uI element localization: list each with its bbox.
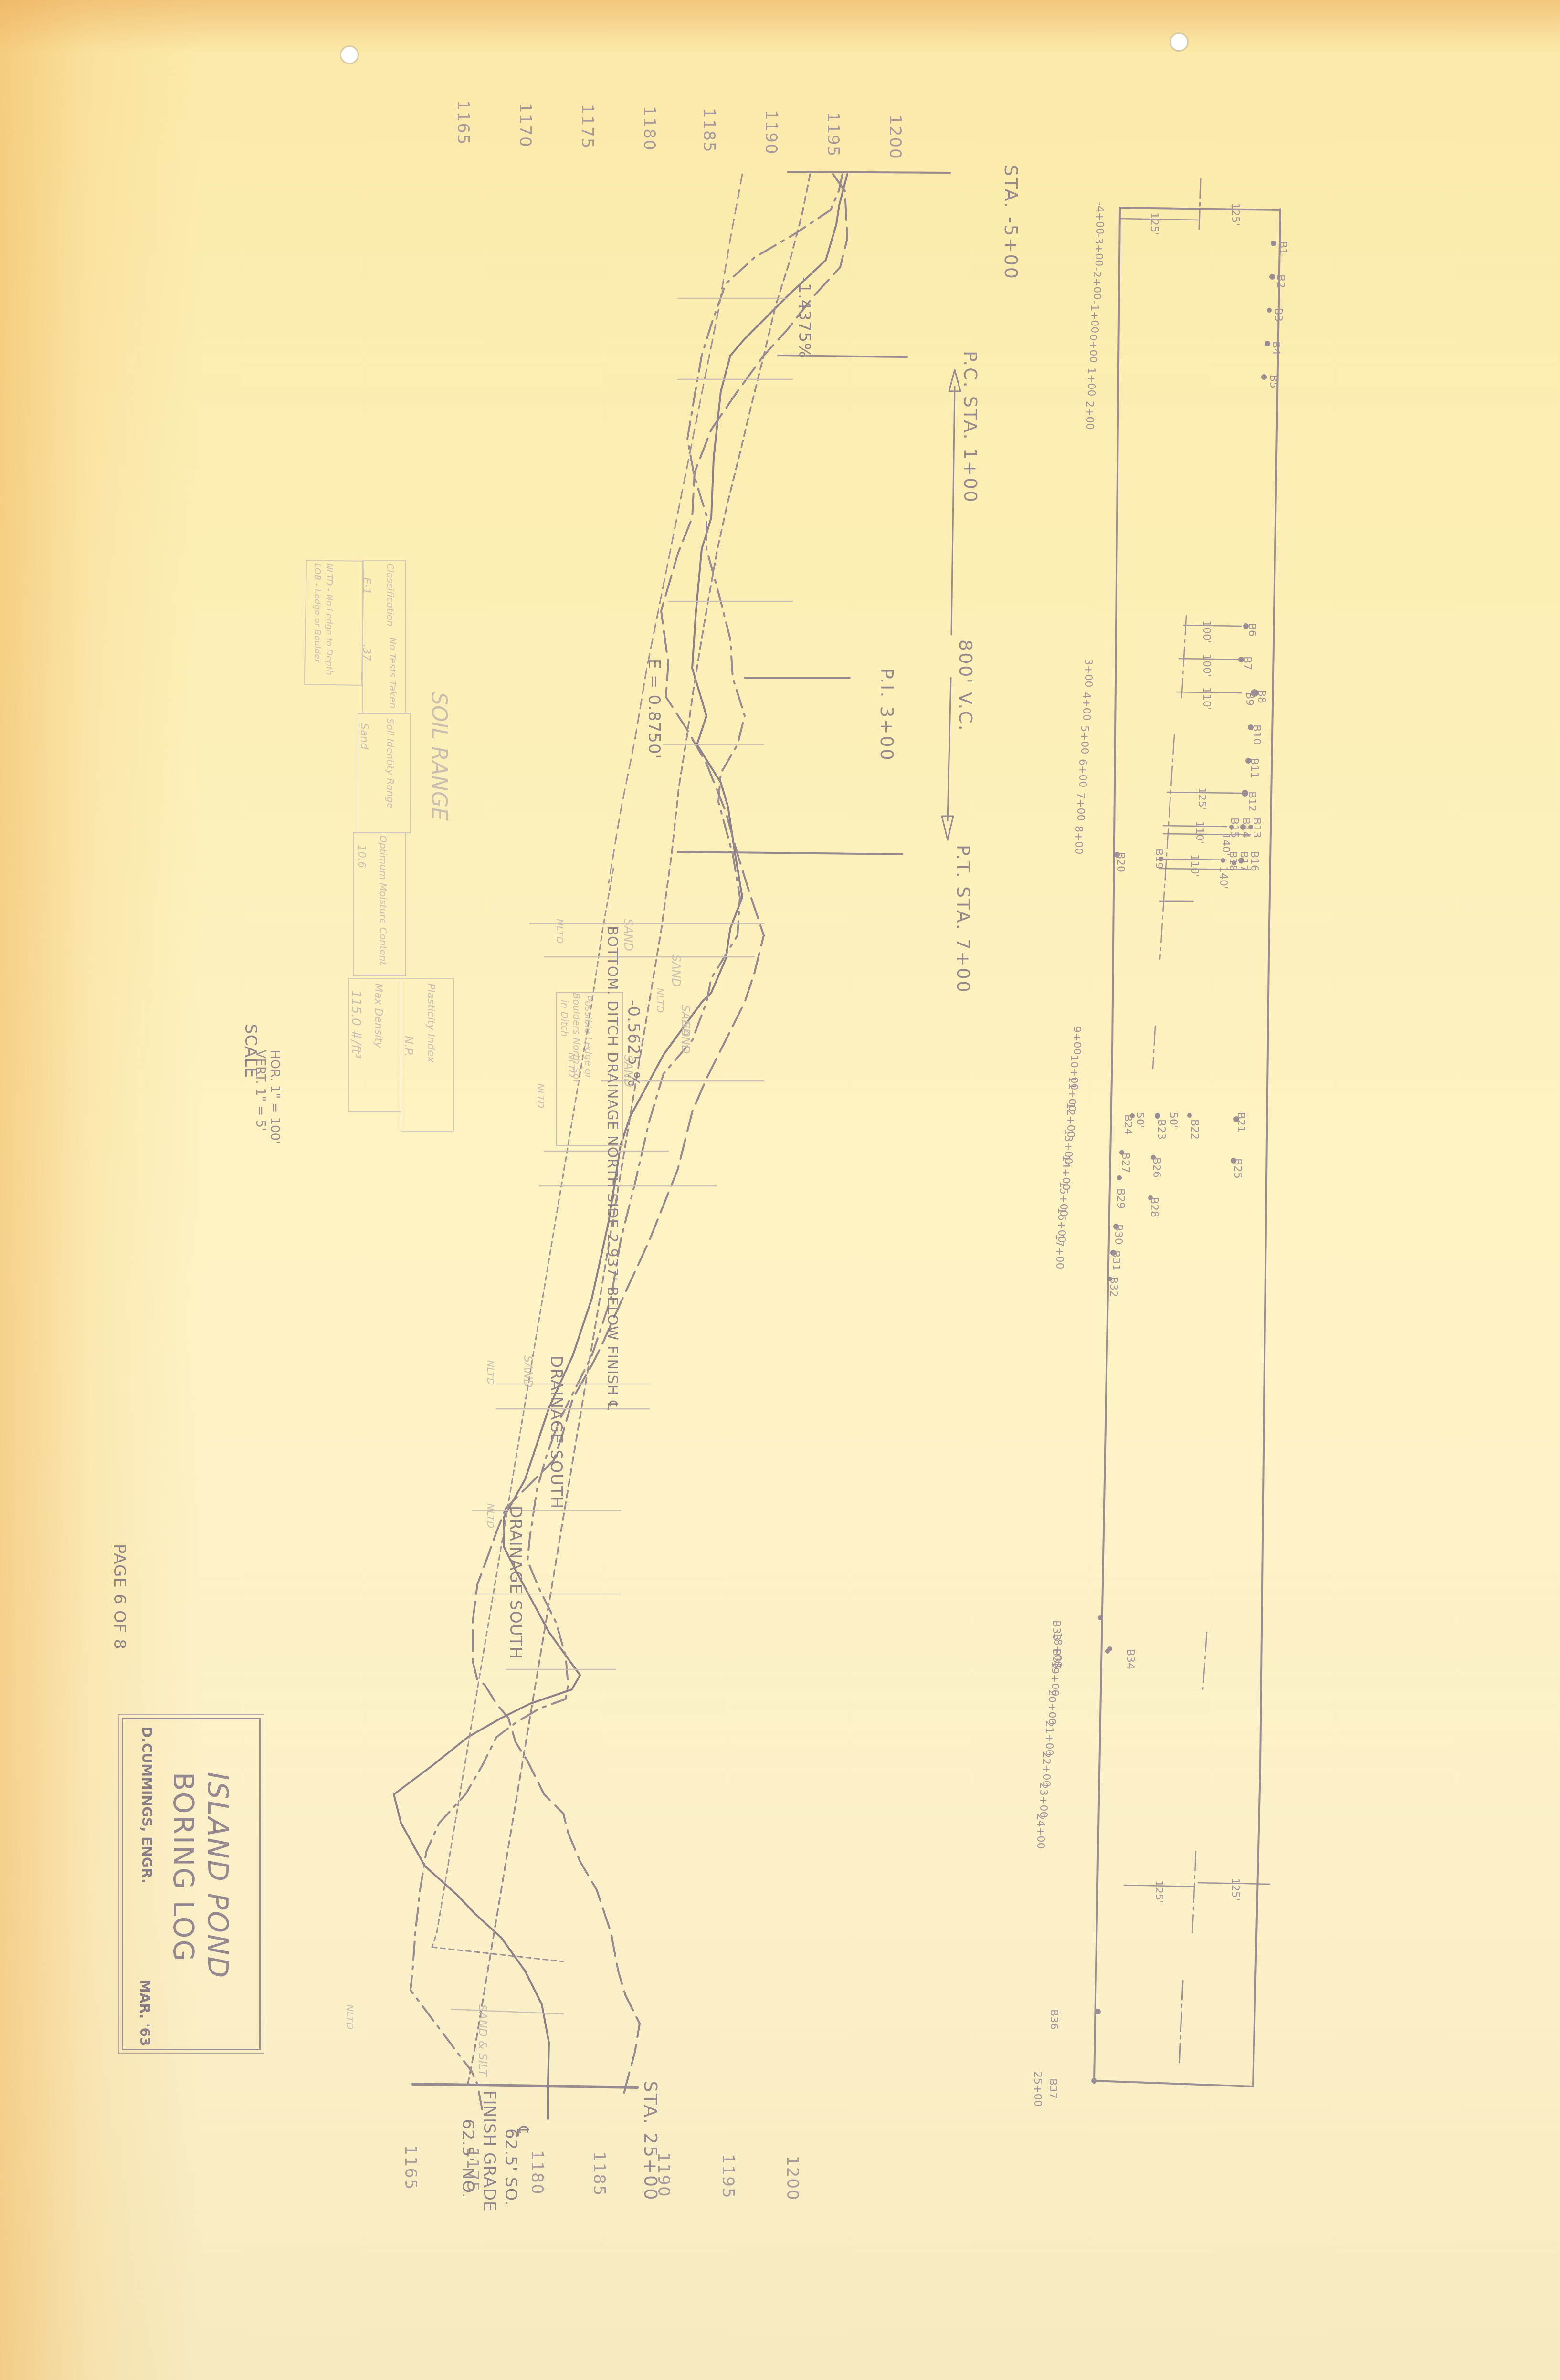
offset-dim: 50'	[1134, 1112, 1146, 1128]
plan-station: 7+00	[1075, 792, 1086, 821]
ditch-note-label: BOTTOM. DITCH DRAINAGE NORTH SIDE 2.937'…	[604, 926, 621, 1410]
refusal-note: NLTD	[554, 919, 566, 944]
soil-note: SAND	[679, 1021, 692, 1054]
pt-station-label: P.T. STA. 7+00	[953, 845, 974, 994]
soil-col-header: No Tests Taken	[387, 637, 399, 709]
finish-grade-label: FINISH GRADE	[480, 2090, 499, 2212]
engineer-name: D.CUMMINGS, ENGR.	[139, 1727, 155, 1884]
elev-tick: 1195	[718, 2154, 738, 2199]
boring-label: B14	[1240, 818, 1252, 838]
refusal-note: NLTD	[485, 1360, 496, 1385]
boring-label: B31	[1110, 1250, 1122, 1271]
drawing-date: MAR. '63	[137, 1980, 153, 2046]
title-block: ISLAND POND BORING LOG D.CUMMINGS, ENGR.…	[122, 1718, 261, 2050]
ledge-note-line: Boulders North Sof	[571, 993, 582, 1082]
boring-label: B7	[1241, 656, 1253, 670]
plan-station: 2+00	[1084, 401, 1096, 430]
boring-label: B32	[1107, 1277, 1119, 1297]
elev-tick: 1200	[885, 115, 905, 160]
boring-label: B10	[1251, 724, 1263, 745]
ledge-note-line: in Ditch	[559, 1000, 570, 1037]
station-start-label: STA. -5+00	[1001, 165, 1022, 280]
plan-station: 5+00	[1078, 725, 1090, 754]
refusal-note: NLTD	[485, 1503, 496, 1528]
refusal-note: NLTD	[344, 2004, 356, 2029]
boring-label: B25	[1232, 1158, 1244, 1179]
ledge-note-line: Possible Ledge or	[583, 995, 594, 1079]
plan-station: 4+00	[1080, 692, 1092, 721]
plan-station: -2+00	[1091, 267, 1103, 300]
offset-dim: 110'	[1201, 687, 1212, 710]
station-end-label: STA. 25+00	[640, 2081, 661, 2201]
soil-col-header: Max Density	[372, 983, 384, 1048]
boring-label: B23	[1155, 1119, 1167, 1140]
drainage-south-label-1: DRAINAGE SOUTH	[547, 1355, 566, 1509]
plan-station: -4+00	[1094, 202, 1106, 234]
soil-footnote: LOB - Ledge or Boulder	[312, 563, 322, 663]
boring-label: B22	[1189, 1119, 1201, 1140]
boring-label: B24	[1122, 1114, 1134, 1135]
plan-station: 22+00	[1040, 1751, 1052, 1787]
plan-strip-south-line	[1253, 209, 1280, 2086]
soil-col-value: 115.0 #/ft³	[348, 990, 363, 1059]
boring-label: B30	[1112, 1224, 1124, 1245]
plan-station: 24+00	[1034, 1814, 1046, 1849]
soil-col-value: 10.6	[356, 845, 368, 868]
scale-horizontal: HOR. 1" = 100'	[267, 1050, 282, 1144]
north-offset-label: 62.5' NO.	[458, 2119, 477, 2198]
plan-station: 0+00	[1087, 334, 1099, 363]
soil-note: SAND	[622, 919, 635, 951]
elev-tick: 1170	[516, 103, 535, 148]
plan-station: 1+00	[1085, 367, 1097, 396]
external-distance-label: E = 0.8750'	[644, 659, 664, 759]
offset-dim: 125'	[1196, 787, 1208, 810]
boring-label: B34	[1124, 1649, 1136, 1669]
drainage-south-label-2: DRAINAGE SOUTH	[506, 1506, 525, 1659]
boring-label: B35	[1050, 1649, 1062, 1669]
refusal-note: NLTD	[535, 1083, 547, 1108]
pt-sta-line	[678, 852, 902, 854]
pi-station-label: P.I. 3+00	[876, 668, 897, 762]
offset-dim: 125'	[1229, 1878, 1241, 1901]
plan-station: 3+00	[1082, 659, 1094, 687]
boring-label: B13	[1251, 818, 1263, 838]
elev-tick: 1195	[823, 112, 843, 157]
elev-tick: 1180	[527, 2150, 547, 2195]
offset-dim: 100'	[1201, 620, 1212, 643]
elev-tick: 1165	[453, 100, 473, 146]
soil-range-title: SOIL RANGE	[427, 692, 451, 821]
elev-tick: 1185	[590, 2151, 609, 2197]
south-offset-label: 62.5' SO.	[501, 2128, 520, 2206]
plan-station: 9+00	[1071, 1026, 1083, 1055]
boring-label: B3	[1272, 308, 1284, 322]
boring-label: B8	[1255, 690, 1267, 703]
boring-label: B11	[1248, 758, 1260, 778]
boring-label: B12	[1246, 791, 1258, 812]
soil-col-value: Sand	[358, 723, 370, 749]
boring-label: B2	[1275, 274, 1286, 288]
centerline-profile	[394, 174, 847, 2119]
grade-in-label: -1.4375%	[795, 277, 814, 359]
boring-label: B21	[1235, 1112, 1247, 1132]
soil-footnote: NLTD - No Ledge to Depth	[324, 563, 334, 675]
soil-note: SAND	[622, 1055, 635, 1087]
plan-station: 8+00	[1073, 826, 1085, 854]
elev-tick: 1175	[578, 104, 597, 149]
plan-station: 17+00	[1054, 1234, 1065, 1269]
elev-tick: 1190	[761, 110, 780, 155]
offset-dim: 125'	[1229, 203, 1241, 226]
boring-label: B16	[1248, 851, 1260, 871]
soil-note: SAND & SILT	[476, 2004, 489, 2076]
plan-station: -3+00	[1093, 234, 1105, 266]
soil-col-header: Plasticity Index	[425, 983, 437, 1063]
boring-label: B5	[1267, 375, 1279, 388]
boring-label: B4	[1270, 341, 1282, 355]
north-offset-profile	[473, 174, 847, 2100]
refusal-note: NLTD	[654, 988, 666, 1013]
page-number: PAGE 6 OF 8	[110, 1544, 129, 1650]
offset-dim: 50'	[1167, 1112, 1179, 1128]
boring-label: B9	[1244, 692, 1255, 706]
boring-label: B33	[1050, 1620, 1062, 1641]
title-line-2: BORING LOG	[167, 1772, 200, 1962]
plan-strip-north-line	[1094, 208, 1120, 2081]
offset-dim: 125'	[1153, 1880, 1165, 1903]
soil-note: SAND	[521, 1355, 535, 1388]
offset-dim: 125'	[1148, 212, 1160, 235]
boring-label: B27	[1119, 1153, 1131, 1173]
soil-col-value: N.P.	[402, 1036, 415, 1057]
pc-station-label: P.C. STA. 1+00	[960, 351, 981, 503]
plan-station: 21+00	[1043, 1720, 1055, 1756]
plan-station: 23+00	[1037, 1782, 1049, 1818]
elev-tick: 1200	[783, 2156, 802, 2201]
offset-dim: 110'	[1189, 854, 1201, 877]
plan-station: -1+00	[1088, 301, 1100, 333]
elev-tick: 1165	[401, 2145, 420, 2191]
title-line-1: ISLAND POND	[201, 1772, 234, 1979]
finish-grade-line	[468, 174, 810, 2084]
plan-station: 25+00	[1032, 2071, 1044, 2107]
boring-label: B6	[1246, 623, 1258, 637]
sta-minus5-line	[788, 172, 950, 173]
elev-tick: 1180	[640, 106, 659, 151]
boring-label: B28	[1148, 1197, 1160, 1217]
offset-dim: 140'	[1217, 866, 1229, 889]
soil-col-value: E-1	[360, 577, 372, 595]
boring-label: B26	[1150, 1157, 1162, 1178]
soil-col-header: Optimum Moisture Content	[378, 835, 389, 965]
elev-tick: 1185	[699, 108, 718, 153]
boring-label: B19	[1153, 849, 1165, 869]
soil-note: SAND	[669, 954, 683, 987]
soil-col-header: Soil Identity Range	[385, 718, 396, 808]
soil-col-value: .37	[360, 644, 372, 661]
sta-25-line	[413, 2084, 637, 2087]
soil-col-header: Classification	[385, 563, 396, 627]
offset-dim: 110'	[1193, 821, 1205, 844]
boring-label: B36	[1048, 2009, 1060, 2030]
boring-label: B17	[1238, 851, 1250, 871]
offset-dim: 140'	[1220, 833, 1232, 856]
offset-dim: 100'	[1201, 654, 1212, 677]
tangent-grade-line	[609, 174, 742, 883]
boring-label: B37	[1047, 2078, 1059, 2099]
scale-vertical: VERT. 1" = 5'	[253, 1050, 267, 1131]
plan-station: 6+00	[1076, 759, 1088, 787]
vertical-curve-label: 800' V.C.	[955, 640, 976, 732]
plan-station: 20+00	[1046, 1689, 1058, 1725]
boring-label: B20	[1115, 852, 1127, 872]
boring-label: B1	[1277, 241, 1289, 255]
boring-label: B29	[1115, 1188, 1127, 1209]
